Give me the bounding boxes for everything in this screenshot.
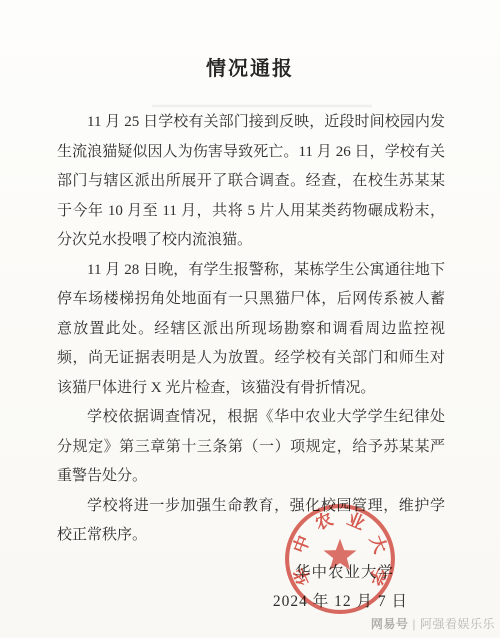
notice-document: 情况通报 11 月 25 日学校有关部门接到反映，近段时间校园内发生流浪猫疑似因… — [0, 0, 500, 638]
document-body: 11 月 25 日学校有关部门接到反映，近段时间校园内发生流浪猫疑似因人为伤害导… — [0, 108, 500, 551]
paragraph-2: 11 月 28 日晚，有学生报警称，某栋学生公寓通往地下停车场楼梯拐角处地面有一… — [57, 256, 445, 404]
paragraph-3: 学校依据调查情况，根据《华中农业大学学生纪律处分规定》第三章第十三条第（一）项规… — [57, 403, 445, 492]
watermark-source: 网易号 — [371, 617, 409, 631]
signature-org: 华中农业大学 — [0, 558, 500, 587]
paragraph-4: 学校将进一步加强生命教育，强化校园管理，维护学校正常秩序。 — [57, 492, 445, 551]
watermark-separator: | — [412, 617, 416, 631]
scan-artifact — [152, 105, 372, 107]
signature-date: 2024 年 12 月 7 日 — [0, 587, 500, 616]
signature-block: 华中农业大学 2024 年 12 月 7 日 — [0, 558, 500, 616]
page-title: 情况通报 — [0, 0, 500, 81]
paragraph-1: 11 月 25 日学校有关部门接到反映，近段时间校园内发生流浪猫疑似因人为伤害导… — [57, 108, 445, 256]
watermark-account: 阿强看娱乐乐 — [420, 617, 495, 631]
watermark: 网易号|阿强看娱乐乐 — [371, 615, 495, 632]
